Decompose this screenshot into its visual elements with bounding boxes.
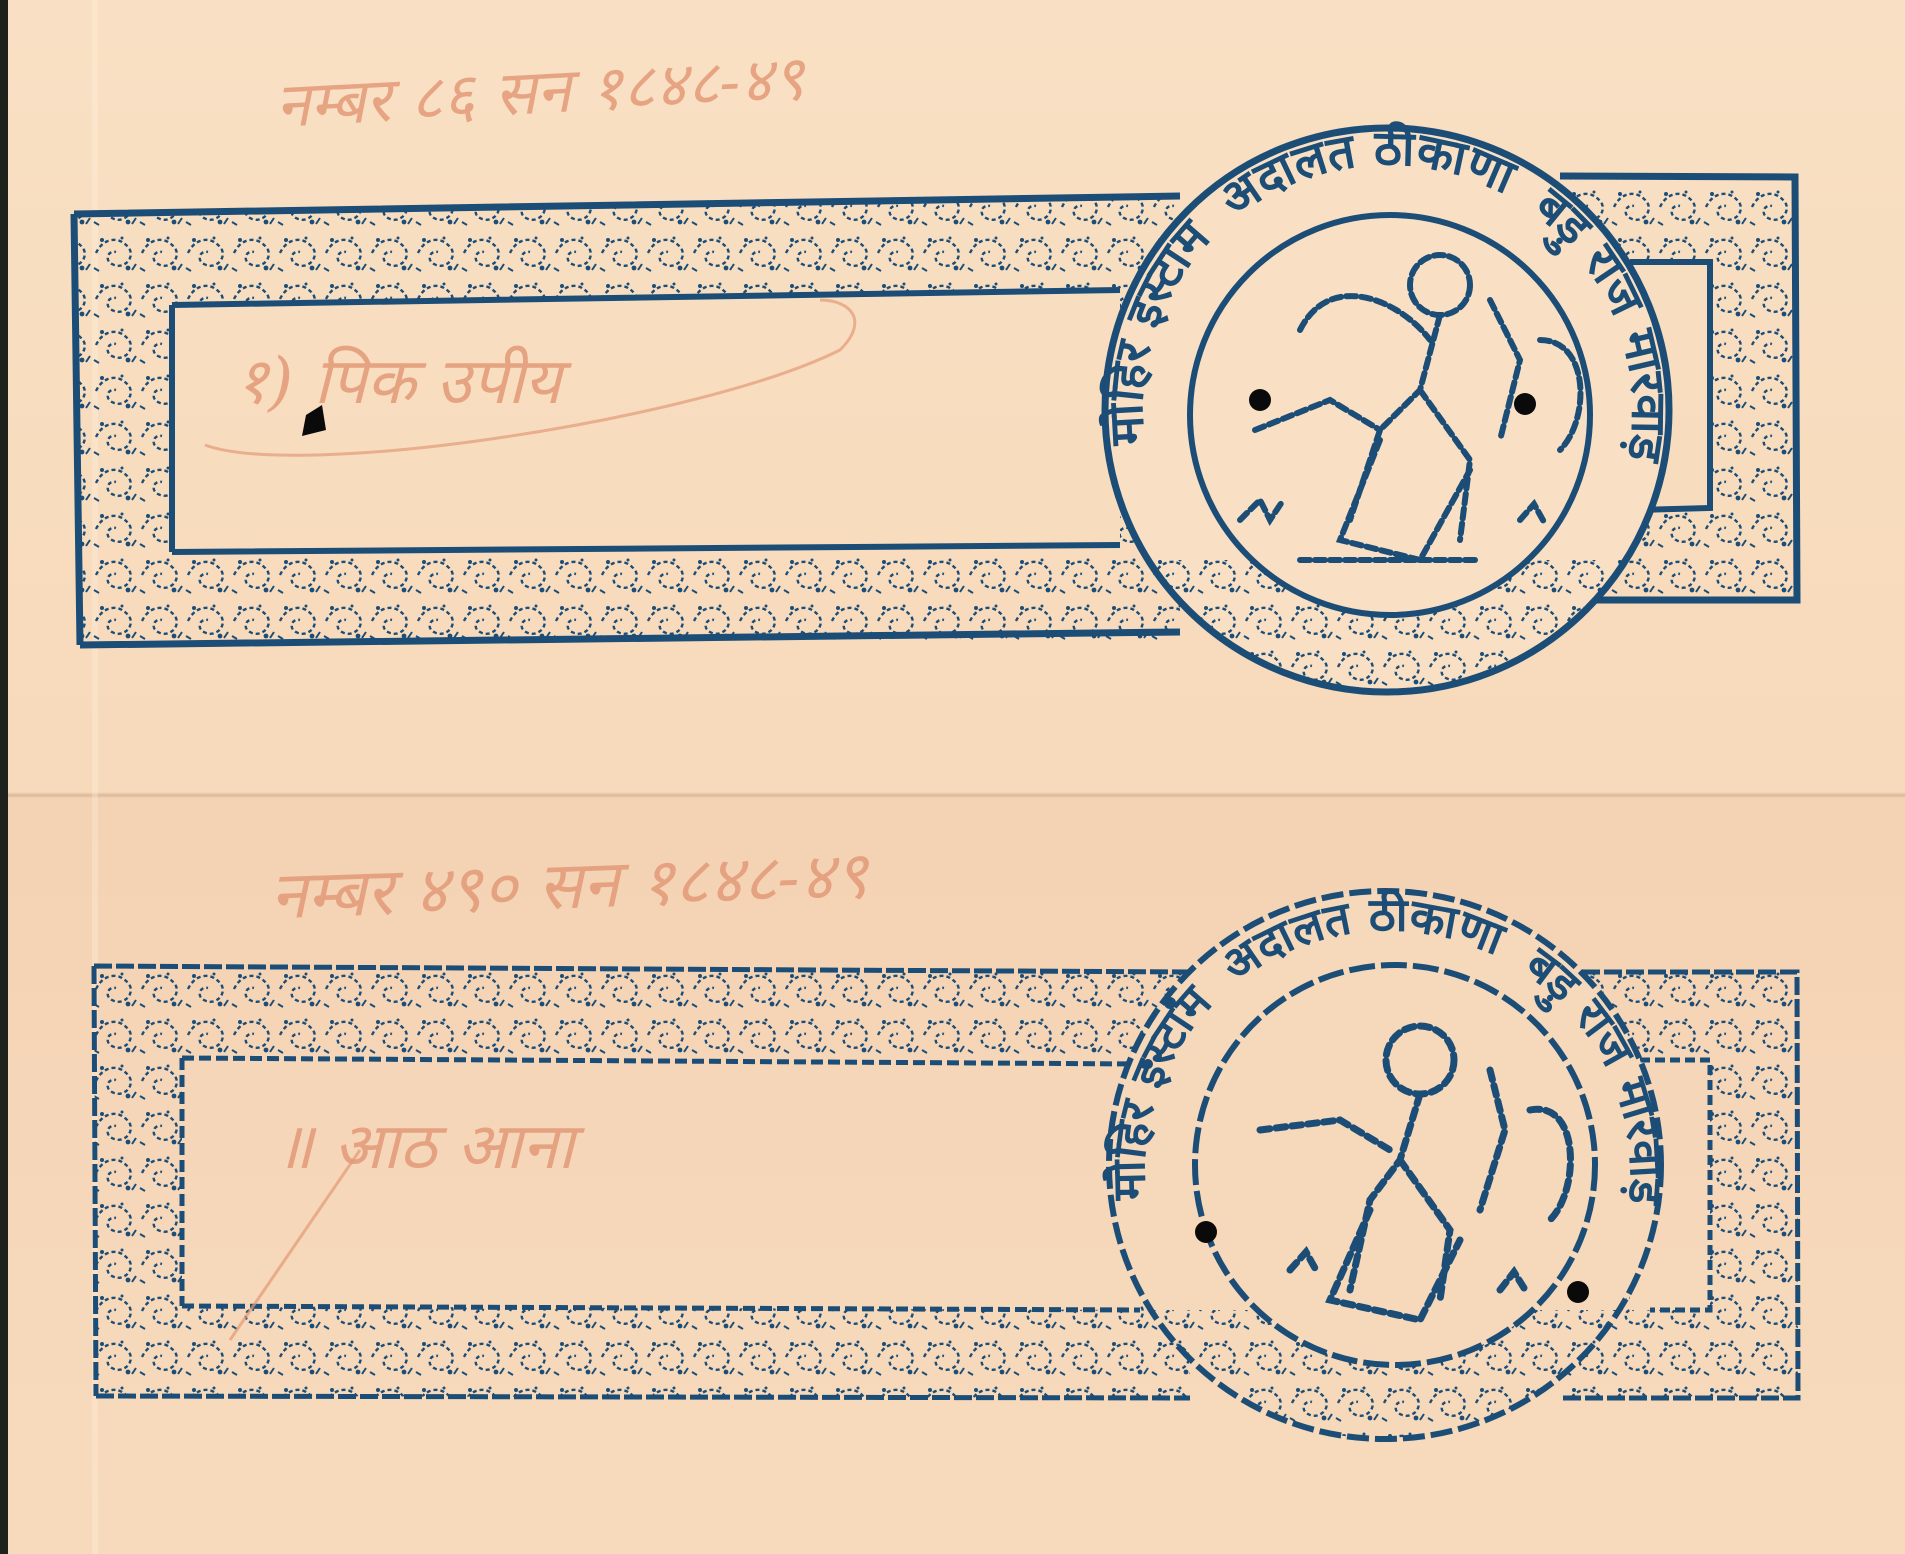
stamp-artwork: मोहिर इस्टाम अदालत ठीकाणा बड़ु राज मारवा… (0, 0, 1905, 1554)
stamp-paper-sheet: मोहिर इस्टाम अदालत ठीकाणा बड़ु राज मारवा… (0, 0, 1905, 1554)
punch-hole (1249, 389, 1271, 411)
stamp-1-value: १) पिक उपीय (235, 335, 561, 422)
punch-hole (1514, 393, 1536, 415)
stamp-1-seal: मोहिर इस्टाम अदालत ठीकाणा बड़ु राज मारवा… (1098, 120, 1680, 700)
punch-hole (1567, 1281, 1589, 1303)
punch-hole (1195, 1221, 1217, 1243)
stamp-2-value: ॥ आठ आना (275, 1100, 574, 1187)
